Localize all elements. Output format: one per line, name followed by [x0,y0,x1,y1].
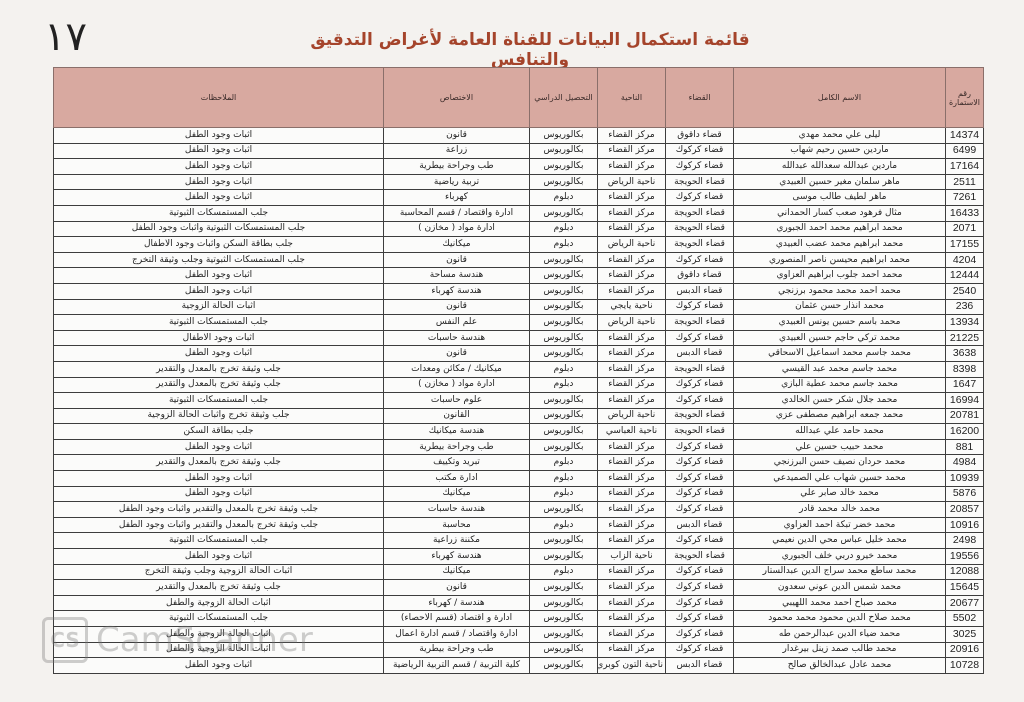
cell-district: قضاء كركوك [666,502,734,518]
cell-notes: اثبات وجود الطفل [54,268,384,284]
cell-notes: اثبات وجود الطفل [54,143,384,159]
cell-subdistrict: ناحية الرياض [598,174,666,190]
cell-specialty: علم النفس [384,315,530,331]
cell-education: دبلوم [530,221,598,237]
cell-full-name: ماردين عبدالله سعدالله عبدالله [734,159,946,175]
table-row: 15645محمد شمس الدين عوني سعدونقضاء كركوك… [54,580,984,596]
cell-full-name: محمد انذار حسن عثمان [734,299,946,315]
cell-subdistrict: ناحية يايجي [598,299,666,315]
cell-specialty: ادارة مكتب [384,471,530,487]
cell-notes: جلب المستمسكات الثبوتية [54,315,384,331]
table-row: 7261ماهر لطيف طالب موسىقضاء كركوكمركز ال… [54,190,984,206]
cell-education: بكالوريوس [530,611,598,627]
cell-notes: جلب المستمسكات الثبوتية [54,611,384,627]
cell-form-number: 16994 [946,393,984,409]
cell-notes: جلب وثيقة تخرج واثبات الحالة الزوجية [54,408,384,424]
cell-form-number: 4984 [946,455,984,471]
cell-subdistrict: مركز القضاء [598,159,666,175]
cell-form-number: 10728 [946,658,984,674]
cell-district: قضاء الحويجة [666,424,734,440]
cell-notes: جلب وثيقة تخرج بالمعدل والتقدير واثبات و… [54,517,384,533]
cell-full-name: محمد صباح احمد محمد اللهيبي [734,595,946,611]
cell-district: قضاء الحويجة [666,361,734,377]
cell-district: قضاء كركوك [666,377,734,393]
cell-full-name: محمد حسين شهاب علي الصميدعي [734,471,946,487]
cell-form-number: 20857 [946,502,984,518]
cell-full-name: محمد خيرو دربي خلف الجبوري [734,549,946,565]
cell-notes: اثبات وجود الاطفال [54,330,384,346]
cell-subdistrict: مركز القضاء [598,595,666,611]
cell-specialty: تربية رياضية [384,174,530,190]
cell-district: قضاء كركوك [666,455,734,471]
cell-education: دبلوم [530,486,598,502]
cell-notes: جلب المستمسكات الثبوتية [54,533,384,549]
cell-specialty: هندسة حاسبات [384,330,530,346]
cell-education: بكالوريوس [530,549,598,565]
cell-district: قضاء كركوك [666,642,734,658]
cell-subdistrict: مركز القضاء [598,268,666,284]
cell-specialty: هندسة كهرباء [384,283,530,299]
cell-district: قضاء كركوك [666,252,734,268]
cell-education: بكالوريوس [530,283,598,299]
page-title: قائمة استكمال البيانات للقناة العامة لأغ… [280,30,780,70]
cell-notes: اثبات وجود الطفل [54,439,384,455]
cell-education: بكالوريوس [530,346,598,362]
cell-subdistrict: مركز القضاء [598,580,666,596]
cell-specialty: مكننة زراعية [384,533,530,549]
cell-full-name: محمد احمد محمد محمود برزنجي [734,283,946,299]
cell-district: قضاء كركوك [666,580,734,596]
cell-subdistrict: مركز القضاء [598,252,666,268]
cell-district: قضاء كركوك [666,564,734,580]
cell-specialty: هندسة / كهرباء [384,595,530,611]
data-table: رقم الاستمارة الاسم الكامل القضاء الناحي… [53,67,984,674]
cell-district: قضاء الحويجة [666,205,734,221]
table-row: 13934محمد باسم حسين يونس العبيديقضاء الح… [54,315,984,331]
cell-education: بكالوريوس [530,627,598,643]
table-row: 8398محمد جاسم محمد عبد القيسيقضاء الحويج… [54,361,984,377]
cell-specialty: تبريد وتكييف [384,455,530,471]
cell-specialty: ميكانيك [384,237,530,253]
table-row: 14374ليلى علي محمد مهديقضاء داقوقمركز ال… [54,128,984,144]
cell-subdistrict: ناحية الرياض [598,237,666,253]
cell-notes: جلب المستمسكات الثبوتية واثبات وجود الطف… [54,221,384,237]
cell-education: بكالوريوس [530,268,598,284]
cell-education: دبلوم [530,471,598,487]
cell-notes: جلب وثيقة تخرج بالمعدل والتقدير [54,377,384,393]
cell-education: دبلوم [530,237,598,253]
cell-specialty: ميكانيك / مكائن ومعدات [384,361,530,377]
cell-district: قضاء الحويجة [666,237,734,253]
header-education: التحصيل الدراسي [530,68,598,128]
cell-subdistrict: مركز القضاء [598,361,666,377]
cell-education: بكالوريوس [530,143,598,159]
cell-form-number: 20781 [946,408,984,424]
cell-district: قضاء الحويجة [666,174,734,190]
cell-subdistrict: مركز القضاء [598,128,666,144]
cell-notes: اثبات الحالة الزوجية وجلب وثيقة التخرج [54,564,384,580]
cell-subdistrict: مركز القضاء [598,221,666,237]
cell-subdistrict: مركز القضاء [598,330,666,346]
header-district: القضاء [666,68,734,128]
cell-specialty: هندسة كهرباء [384,549,530,565]
cell-form-number: 10916 [946,517,984,533]
cell-district: قضاء الدبس [666,283,734,299]
cell-specialty: القانون [384,408,530,424]
cell-district: قضاء الحويجة [666,315,734,331]
cell-education: دبلوم [530,517,598,533]
cell-education: بكالوريوس [530,408,598,424]
header-notes: الملاحظات [54,68,384,128]
cell-education: بكالوريوس [530,439,598,455]
cell-form-number: 3638 [946,346,984,362]
cell-form-number: 6499 [946,143,984,159]
cell-subdistrict: مركز القضاء [598,143,666,159]
table-header-row: رقم الاستمارة الاسم الكامل القضاء الناحي… [54,68,984,128]
cell-specialty: هندسة مساحة [384,268,530,284]
cell-education: بكالوريوس [530,658,598,674]
cell-education: دبلوم [530,564,598,580]
cell-district: قضاء كركوك [666,533,734,549]
cell-form-number: 236 [946,299,984,315]
table-row: 16433مثال فرهود صعب كسار الحمدانيقضاء ال… [54,205,984,221]
cell-form-number: 14374 [946,128,984,144]
cell-district: قضاء الحويجة [666,408,734,424]
cell-education: دبلوم [530,190,598,206]
header-full-name: الاسم الكامل [734,68,946,128]
cell-form-number: 20916 [946,642,984,658]
table-row: 6499ماردين حسين رحيم شهابقضاء كركوكمركز … [54,143,984,159]
cell-district: قضاء كركوك [666,143,734,159]
cell-full-name: محمد ساطع محمد سراج الدين عبدالستار [734,564,946,580]
table-row: 10939محمد حسين شهاب علي الصميدعيقضاء كرك… [54,471,984,487]
cell-specialty: هندسة ميكانيك [384,424,530,440]
cell-notes: جلب وثيقة تخرج بالمعدل والتقدير [54,580,384,596]
cell-subdistrict: ناحية التون كوبري [598,658,666,674]
cell-full-name: محمد طالب صمد زينل بيرغدار [734,642,946,658]
table-row: 2071محمد ابراهيم محمد احمد الجبوريقضاء ا… [54,221,984,237]
cell-full-name: محمد ابراهيم محيسن ناصر المنصوري [734,252,946,268]
cell-full-name: محمد عادل عبدالخالق صالح [734,658,946,674]
cell-education: بكالوريوس [530,174,598,190]
cell-education: بكالوريوس [530,330,598,346]
cell-specialty: قانون [384,346,530,362]
cell-form-number: 10939 [946,471,984,487]
table-row: 3025محمد ضياء الدين عبدالرحمن طهقضاء كرك… [54,627,984,643]
cell-full-name: محمد خالد محمد قادر [734,502,946,518]
table-row: 2511ماهر سلمان مغير حسين العبيديقضاء الح… [54,174,984,190]
cell-notes: اثبات الحالة الزوجية والطفل [54,627,384,643]
cell-full-name: ماهر سلمان مغير حسين العبيدي [734,174,946,190]
cell-subdistrict: مركز القضاء [598,533,666,549]
cell-form-number: 17164 [946,159,984,175]
cell-subdistrict: ناحية الرياض [598,315,666,331]
table-row: 3638محمد جاسم محمد اسماعيل الاسحاقيقضاء … [54,346,984,362]
cell-education: دبلوم [530,361,598,377]
cell-full-name: محمد باسم حسين يونس العبيدي [734,315,946,331]
cell-full-name: محمد جاسم محمد عطية البازي [734,377,946,393]
cell-full-name: محمد خضر تبكة احمد العزاوي [734,517,946,533]
cell-specialty: قانون [384,580,530,596]
cell-notes: اثبات وجود الطفل [54,486,384,502]
cell-form-number: 8398 [946,361,984,377]
table-row: 17164ماردين عبدالله سعدالله عبداللهقضاء … [54,159,984,175]
cell-education: بكالوريوس [530,205,598,221]
cell-full-name: ليلى علي محمد مهدي [734,128,946,144]
cell-full-name: محمد جاسم محمد عبد القيسي [734,361,946,377]
table-row: 10916محمد خضر تبكة احمد العزاويقضاء الدب… [54,517,984,533]
cell-full-name: محمد خليل عباس محي الدين نعيمي [734,533,946,549]
cell-subdistrict: مركز القضاء [598,346,666,362]
cell-specialty: ميكانيك [384,486,530,502]
cell-form-number: 12088 [946,564,984,580]
cell-subdistrict: مركز القضاء [598,393,666,409]
cell-specialty: كهرباء [384,190,530,206]
cell-form-number: 2511 [946,174,984,190]
cell-full-name: محمد جلال شكر حسن الخالدي [734,393,946,409]
cell-full-name: محمد صلاح الدين محمود محمد محمود [734,611,946,627]
cell-form-number: 17155 [946,237,984,253]
header-subdistrict: الناحية [598,68,666,128]
cell-form-number: 16200 [946,424,984,440]
cell-full-name: ماردين حسين رحيم شهاب [734,143,946,159]
cell-notes: اثبات وجود الطفل [54,346,384,362]
cell-full-name: محمد ضياء الدين عبدالرحمن طه [734,627,946,643]
table-row: 12088محمد ساطع محمد سراج الدين عبدالستار… [54,564,984,580]
cell-subdistrict: مركز القضاء [598,205,666,221]
cell-notes: اثبات وجود الطفل [54,658,384,674]
cell-notes: اثبات وجود الطفل [54,190,384,206]
cell-subdistrict: مركز القضاء [598,439,666,455]
cell-full-name: محمد احمد جلوب ابراهيم العزاوي [734,268,946,284]
cell-notes: جلب بطاقة السكن واثبات وجود الاطفال [54,237,384,253]
cell-form-number: 1647 [946,377,984,393]
cell-specialty: زراعة [384,143,530,159]
cell-full-name: محمد شمس الدين عوني سعدون [734,580,946,596]
cell-form-number: 881 [946,439,984,455]
cell-education: بكالوريوس [530,502,598,518]
table-row: 21225محمد تركي حاجم حسين العبيديقضاء كرك… [54,330,984,346]
cell-education: بكالوريوس [530,533,598,549]
cell-subdistrict: مركز القضاء [598,377,666,393]
cell-form-number: 21225 [946,330,984,346]
cell-notes: جلب المستمسكات الثبوتية [54,205,384,221]
cell-form-number: 4204 [946,252,984,268]
cell-full-name: مثال فرهود صعب كسار الحمداني [734,205,946,221]
table-row: 20916محمد طالب صمد زينل بيرغدارقضاء كركو… [54,642,984,658]
cell-specialty: قانون [384,299,530,315]
table-row: 1647محمد جاسم محمد عطية البازيقضاء كركوك… [54,377,984,393]
cell-form-number: 2540 [946,283,984,299]
cell-specialty: ادارة مواد ( مخازن ) [384,377,530,393]
cell-district: قضاء كركوك [666,486,734,502]
cell-form-number: 13934 [946,315,984,331]
cell-specialty: كلية التربية / قسم التربية الرياضية [384,658,530,674]
cell-education: بكالوريوس [530,595,598,611]
cell-district: قضاء كركوك [666,393,734,409]
cell-education: بكالوريوس [530,424,598,440]
cell-form-number: 12444 [946,268,984,284]
table-row: 5502محمد صلاح الدين محمود محمد محمودقضاء… [54,611,984,627]
cell-full-name: محمد خالد صابر علي [734,486,946,502]
cell-subdistrict: مركز القضاء [598,564,666,580]
cell-notes: اثبات الحالة الزوجية والطفل [54,595,384,611]
cell-form-number: 5876 [946,486,984,502]
cell-notes: اثبات الحالة الزوجية [54,299,384,315]
cell-specialty: ادارة واقتصاد / قسم ادارة اعمال [384,627,530,643]
cell-education: دبلوم [530,377,598,393]
cell-form-number: 15645 [946,580,984,596]
cell-subdistrict: مركز القضاء [598,611,666,627]
cell-district: قضاء كركوك [666,627,734,643]
cell-district: قضاء كركوك [666,159,734,175]
cell-subdistrict: مركز القضاء [598,486,666,502]
cell-education: بكالوريوس [530,128,598,144]
page-number: ١٧ [44,14,87,60]
table-row: 2540محمد احمد محمد محمود برزنجيقضاء الدب… [54,283,984,299]
cell-form-number: 16433 [946,205,984,221]
cell-specialty: طب وجراحة بيطرية [384,439,530,455]
cell-education: بكالوريوس [530,642,598,658]
cell-form-number: 2498 [946,533,984,549]
cell-full-name: محمد ابراهيم محمد احمد الجبوري [734,221,946,237]
header-specialty: الاختصاص [384,68,530,128]
cell-form-number: 3025 [946,627,984,643]
table-row: 19556محمد خيرو دربي خلف الجبوريقضاء الحو… [54,549,984,565]
cell-specialty: ادارة واقتصاد / قسم المحاسبة [384,205,530,221]
cell-form-number: 19556 [946,549,984,565]
table-row: 20781محمد جمعه ابراهيم مصطفى عزيقضاء الح… [54,408,984,424]
cell-district: قضاء كركوك [666,439,734,455]
table-row: 12444محمد احمد جلوب ابراهيم العزاويقضاء … [54,268,984,284]
table-row: 16200محمد حامد علي عبداللهقضاء الحويجةنا… [54,424,984,440]
cell-notes: جلب وثيقة تخرج بالمعدل والتقدير [54,455,384,471]
cell-specialty: هندسة حاسبات [384,502,530,518]
cell-district: قضاء كركوك [666,611,734,627]
cell-subdistrict: ناحية العباسي [598,424,666,440]
cell-specialty: ادارة مواد ( مخازن ) [384,221,530,237]
cell-notes: اثبات وجود الطفل [54,159,384,175]
cell-specialty: محاسبة [384,517,530,533]
table-body: 14374ليلى علي محمد مهديقضاء داقوقمركز ال… [54,128,984,674]
cell-subdistrict: مركز القضاء [598,517,666,533]
table-row: 881محمد حبيب حسين عليقضاء كركوكمركز القض… [54,439,984,455]
cell-full-name: محمد ابراهيم محمد عضب العبيدي [734,237,946,253]
cell-subdistrict: مركز القضاء [598,627,666,643]
cell-district: قضاء كركوك [666,190,734,206]
cell-district: قضاء كركوك [666,299,734,315]
cell-district: قضاء الحويجة [666,549,734,565]
cell-education: بكالوريوس [530,580,598,596]
cell-education: بكالوريوس [530,299,598,315]
cell-full-name: محمد جاسم محمد اسماعيل الاسحاقي [734,346,946,362]
cell-subdistrict: مركز القضاء [598,190,666,206]
cell-district: قضاء داقوق [666,128,734,144]
cell-district: قضاء الحويجة [666,221,734,237]
table-row: 4984محمد حردان نصيف حسن البرزنجيقضاء كرك… [54,455,984,471]
cell-notes: جلب المستمسكات الثبوتية وجلب وثيقة التخر… [54,252,384,268]
cell-full-name: ماهر لطيف طالب موسى [734,190,946,206]
cell-specialty: طب وجراحة بيطرية [384,642,530,658]
cell-district: قضاء كركوك [666,471,734,487]
cell-full-name: محمد تركي حاجم حسين العبيدي [734,330,946,346]
table-row: 2498محمد خليل عباس محي الدين نعيميقضاء ك… [54,533,984,549]
cell-subdistrict: مركز القضاء [598,283,666,299]
cell-notes: جلب المستمسكات الثبوتية [54,393,384,409]
cell-district: قضاء الدبس [666,517,734,533]
table-row: 20857محمد خالد محمد قادرقضاء كركوكمركز ا… [54,502,984,518]
header-form-number: رقم الاستمارة [946,68,984,128]
cell-education: بكالوريوس [530,315,598,331]
cell-form-number: 2071 [946,221,984,237]
cell-education: بكالوريوس [530,252,598,268]
cell-full-name: محمد جمعه ابراهيم مصطفى عزي [734,408,946,424]
cell-subdistrict: مركز القضاء [598,455,666,471]
cell-notes: اثبات وجود الطفل [54,128,384,144]
table-row: 236محمد انذار حسن عثمانقضاء كركوكناحية ي… [54,299,984,315]
cell-notes: اثبات وجود الطفل [54,283,384,299]
cell-district: قضاء الدبس [666,346,734,362]
cell-notes: جلب وثيقة تخرج بالمعدل والتقدير [54,361,384,377]
table-row: 16994محمد جلال شكر حسن الخالديقضاء كركوك… [54,393,984,409]
cell-notes: اثبات وجود الطفل [54,471,384,487]
cell-notes: اثبات وجود الطفل [54,174,384,190]
cell-specialty: طب وجراحة بيطرية [384,159,530,175]
cell-district: قضاء الدبس [666,658,734,674]
cell-form-number: 5502 [946,611,984,627]
cell-subdistrict: ناحية الزاب [598,549,666,565]
cell-specialty: ميكانيك [384,564,530,580]
cell-education: بكالوريوس [530,159,598,175]
cell-full-name: محمد حردان نصيف حسن البرزنجي [734,455,946,471]
cell-education: دبلوم [530,455,598,471]
cell-district: قضاء كركوك [666,330,734,346]
cell-form-number: 20677 [946,595,984,611]
cell-form-number: 7261 [946,190,984,206]
table-row: 5876محمد خالد صابر عليقضاء كركوكمركز الق… [54,486,984,502]
cell-specialty: علوم حاسبات [384,393,530,409]
cell-district: قضاء كركوك [666,595,734,611]
cell-subdistrict: ناحية الرياض [598,408,666,424]
cell-notes: جلب بطاقة السكن [54,424,384,440]
table-row: 17155محمد ابراهيم محمد عضب العبيديقضاء ا… [54,237,984,253]
cell-education: بكالوريوس [530,393,598,409]
cell-subdistrict: مركز القضاء [598,642,666,658]
cell-notes: اثبات الحالة الزوجية والطفل [54,642,384,658]
cell-specialty: قانون [384,252,530,268]
cell-subdistrict: مركز القضاء [598,471,666,487]
cell-notes: جلب وثيقة تخرج بالمعدل والتقدير واثبات و… [54,502,384,518]
cell-full-name: محمد حبيب حسين علي [734,439,946,455]
cell-specialty: قانون [384,128,530,144]
cell-notes: اثبات وجود الطفل [54,549,384,565]
cell-subdistrict: مركز القضاء [598,502,666,518]
table-row: 20677محمد صباح احمد محمد اللهيبيقضاء كرك… [54,595,984,611]
cell-district: قضاء داقوق [666,268,734,284]
table-row: 4204محمد ابراهيم محيسن ناصر المنصوريقضاء… [54,252,984,268]
table-row: 10728محمد عادل عبدالخالق صالحقضاء الدبسن… [54,658,984,674]
cell-full-name: محمد حامد علي عبدالله [734,424,946,440]
cell-specialty: ادارة و اقتصاد (قسم الاحصاء) [384,611,530,627]
